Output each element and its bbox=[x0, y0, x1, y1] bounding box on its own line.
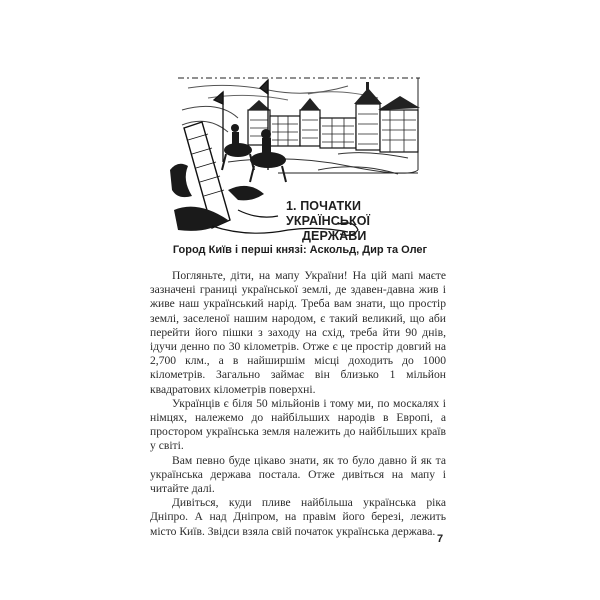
paragraph: Вам певно буде цікаво знати, як то було … bbox=[150, 454, 446, 497]
paragraph: Погляньте, діти, на мапу України! На цій… bbox=[150, 269, 446, 397]
chapter-title: 1. ПОЧАТКИ УКРАЇНСЬКОЇ ДЕРЖАВИ bbox=[286, 199, 436, 244]
chapter-number: 1. bbox=[286, 199, 297, 213]
paragraph: Українців є біля 50 мільйонів і тому ми,… bbox=[150, 397, 446, 454]
section-title: Город Київ і перші князі: Аскольд, Дир т… bbox=[150, 244, 450, 257]
chapter-title-line-2: ДЕРЖАВИ bbox=[286, 229, 436, 244]
chapter-title-line-1: ПОЧАТКИ УКРАЇНСЬКОЇ bbox=[286, 199, 370, 228]
body-text: Погляньте, діти, на мапу України! На цій… bbox=[150, 269, 446, 539]
page-number: 7 bbox=[437, 533, 443, 545]
book-page: 1. ПОЧАТКИ УКРАЇНСЬКОЇ ДЕРЖАВИ Город Киї… bbox=[0, 0, 600, 600]
paragraph: Дивіться, куди пливе найбільша українськ… bbox=[150, 496, 446, 539]
